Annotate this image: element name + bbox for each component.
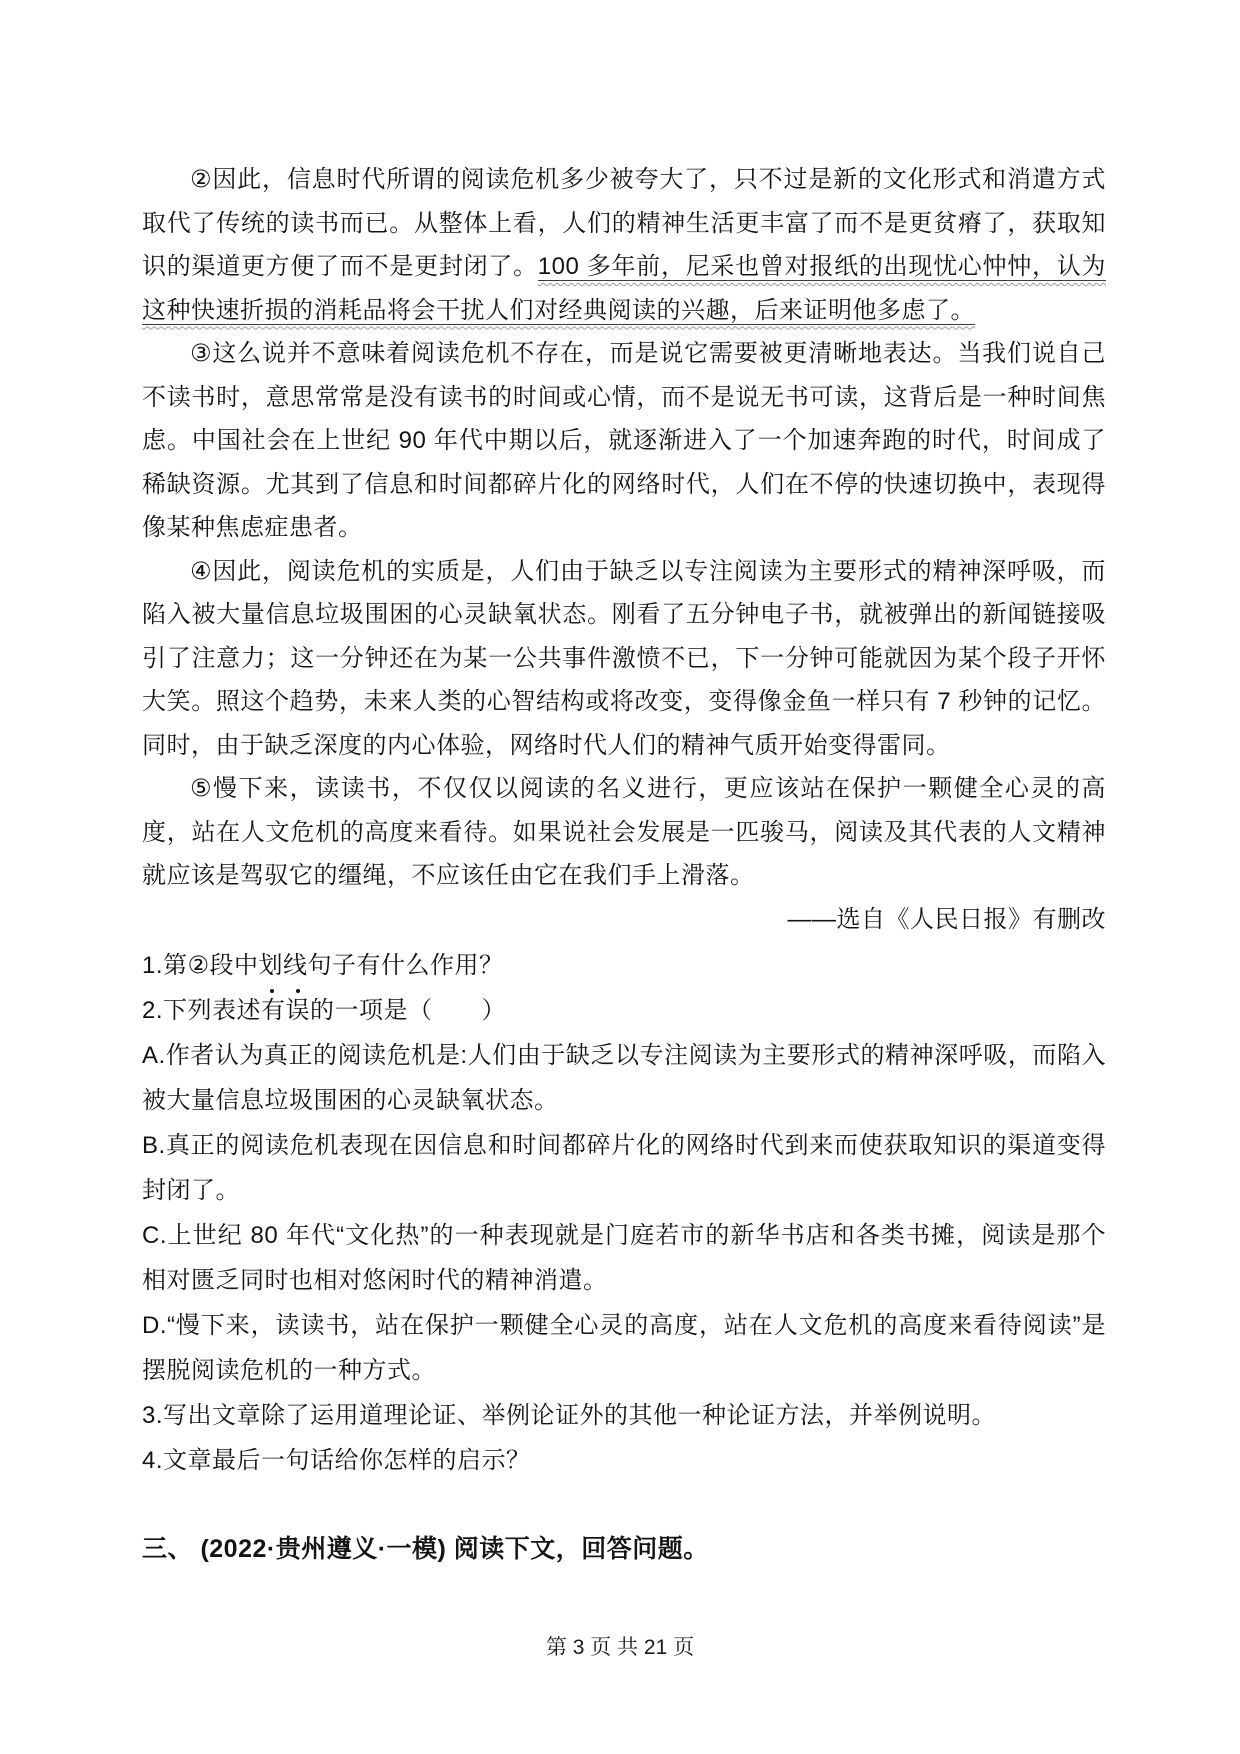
document-page: ②因此，信息时代所谓的阅读危机多少被夸大了，只不过是新的文化形式和消遣方式取代了… <box>0 0 1240 1754</box>
question-1: 1.第②段中划线句子有什么作用？ <box>142 943 1106 988</box>
option-c: C.上世纪 80 年代“文化热”的一种表现就是门庭若市的新华书店和各类书摊，阅读… <box>142 1213 1106 1303</box>
option-a: A.作者认为真正的阅读危机是:人们由于缺乏以专注阅读为主要形式的精神深呼吸，而陷… <box>142 1033 1106 1123</box>
question-2-emphasized-word: 有误 <box>261 997 310 1024</box>
page-number-footer: 第 3 页 共 21 页 <box>0 1634 1240 1662</box>
paragraph-3: ③这么说并不意味着阅读危机不存在，而是说它需要被更清晰地表达。当我们说自己不读书… <box>142 332 1106 550</box>
paragraph-5: ⑤慢下来，读读书，不仅仅以阅读的名义进行，更应该站在保护一颗健全心灵的高度，站在… <box>142 767 1106 898</box>
source-attribution: ——选自《人民日报》有删改 <box>142 898 1106 942</box>
question-2: 2.下列表述有误的一项是（ ） <box>142 988 1106 1033</box>
article-body: ②因此，信息时代所谓的阅读危机多少被夸大了，只不过是新的文化形式和消遣方式取代了… <box>142 158 1106 941</box>
paragraph-4: ④因此，阅读危机的实质是，人们由于缺乏以专注阅读为主要形式的精神深呼吸，而陷入被… <box>142 550 1106 768</box>
option-d: D.“慢下来，读读书，站在保护一颗健全心灵的高度，站在人文危机的高度来看待阅读”… <box>142 1303 1106 1393</box>
question-2-suffix: 的一项是（ ） <box>310 997 506 1024</box>
option-b: B.真正的阅读危机表现在因信息和时间都碎片化的网络时代到来而使获取知识的渠道变得… <box>142 1123 1106 1213</box>
question-4: 4.文章最后一句话给你怎样的启示？ <box>142 1438 1106 1483</box>
section-heading: 三、 (2022·贵州遵义·一模) 阅读下文，回答问题。 <box>142 1527 1106 1572</box>
questions-section: 1.第②段中划线句子有什么作用？ 2.下列表述有误的一项是（ ） A.作者认为真… <box>142 943 1106 1483</box>
question-3: 3.写出文章除了运用道理论证、举例论证外的其他一种论证方法，并举例说明。 <box>142 1393 1106 1438</box>
question-2-prefix: 2.下列表述 <box>142 997 261 1024</box>
paragraph-2: ②因此，信息时代所谓的阅读危机多少被夸大了，只不过是新的文化形式和消遣方式取代了… <box>142 158 1106 332</box>
